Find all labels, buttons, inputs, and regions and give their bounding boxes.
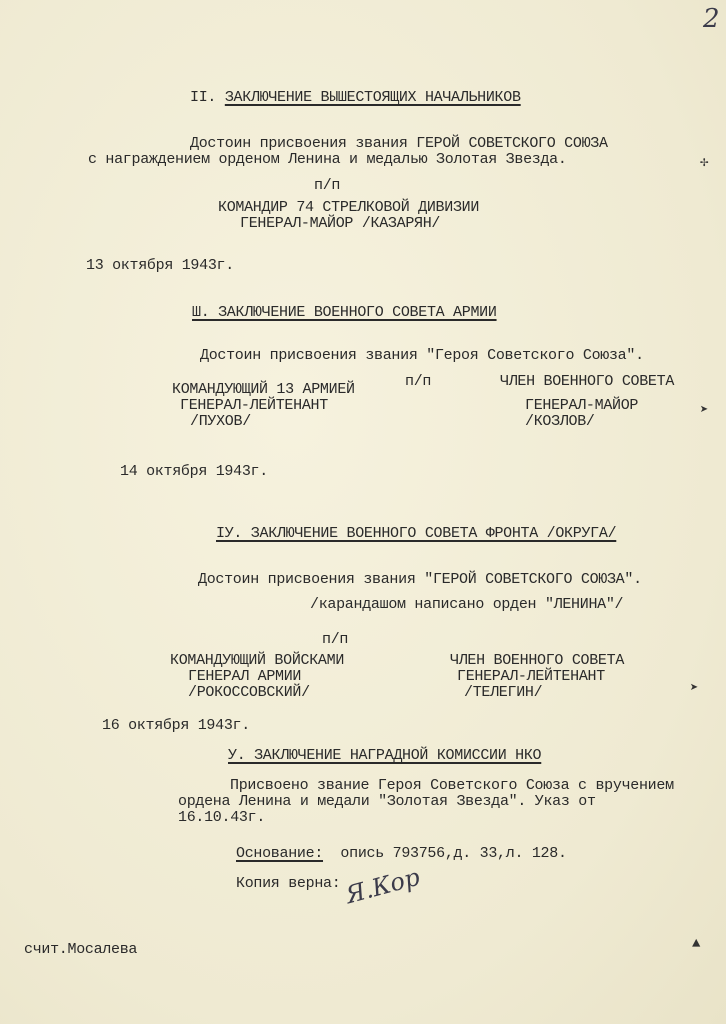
margin-mark-icon: ➤ <box>690 680 698 697</box>
section-2-date: 13 октября 1943г. <box>86 258 234 274</box>
section-4-left-name: /РОКОССОВСКИЙ/ <box>188 685 310 701</box>
section-2-pp: п/п <box>314 178 340 194</box>
signature: Я.Кор <box>343 863 423 910</box>
section-3-text: Достоин присвоения звания "Героя Советск… <box>200 348 644 364</box>
section-3-date: 14 октября 1943г. <box>120 464 268 480</box>
section-3-right-name: /КОЗЛОВ/ <box>525 414 595 430</box>
page-number: 2 <box>703 4 720 34</box>
section-2-text-line1: Достоин присвоения звания ГЕРОЙ СОВЕТСКО… <box>190 136 608 152</box>
section-2-heading: II. ЗАКЛЮЧЕНИЕ ВЫШЕСТОЯЩИХ НАЧАЛЬНИКОВ <box>190 90 521 106</box>
copy-verified-label: Копия верна: <box>236 876 340 892</box>
section-4-right-title: ЧЛЕН ВОЕННОГО СОВЕТА <box>450 653 624 669</box>
section-4-text-line1: Достоин присвоения звания "ГЕРОЙ СОВЕТСК… <box>198 572 642 588</box>
basis-line: Основание: опись 793756,д. 33,л. 128. <box>236 846 567 862</box>
section-3-pp: п/п <box>405 374 431 390</box>
section-3-right-rank: ГЕНЕРАЛ-МАЙОР <box>525 398 638 414</box>
section-3-left-rank: ГЕНЕРАЛ-ЛЕЙТЕНАНТ <box>180 398 328 414</box>
section-4-date: 16 октября 1943г. <box>102 718 250 734</box>
section-4-right-name: /ТЕЛЕГИН/ <box>464 685 542 701</box>
section-2-text-line2: с награждением орденом Ленина и медалью … <box>88 152 567 168</box>
basis-label: Основание: <box>236 845 323 862</box>
document-page: 2 II. ЗАКЛЮЧЕНИЕ ВЫШЕСТОЯЩИХ НАЧАЛЬНИКОВ… <box>0 0 726 1024</box>
section-4-pp: п/п <box>322 632 348 648</box>
section-3-heading: Ш. ЗАКЛЮЧЕНИЕ ВОЕННОГО СОВЕТА АРМИИ <box>192 305 497 321</box>
section-3-right-title: ЧЛЕН ВОЕННОГО СОВЕТА <box>500 374 674 390</box>
section-4-left-title: КОМАНДУЮЩИЙ ВОЙСКАМИ <box>170 653 344 669</box>
margin-mark-icon: ➤ <box>700 402 708 419</box>
section-4-left-rank: ГЕНЕРАЛ АРМИИ <box>188 669 301 685</box>
section-5-text-line2: ордена Ленина и медали "Золотая Звезда".… <box>178 794 596 810</box>
section-5-text-line1: Присвоено звание Героя Советского Союза … <box>230 778 674 794</box>
section-4-text-line2: /карандашом написано орден "ЛЕНИНА"/ <box>310 597 623 613</box>
section-3-left-title: КОМАНДУЮЩИЙ 13 АРМИЕЙ <box>172 382 355 398</box>
section-2-signer-name: ГЕНЕРАЛ-МАЙОР /КАЗАРЯН/ <box>240 216 440 232</box>
basis-value: опись 793756,д. 33,л. 128. <box>340 845 566 862</box>
section-5-heading: У. ЗАКЛЮЧЕНИЕ НАГРАДНОЙ КОМИССИИ НКО <box>228 748 541 764</box>
section-2-signer-title: КОМАНДИР 74 СТРЕЛКОВОЙ ДИВИЗИИ <box>218 200 479 216</box>
section-3-left-name: /ПУХОВ/ <box>190 414 251 430</box>
margin-mark-icon: ▲ <box>692 936 700 952</box>
section-5-text-line3: 16.10.43г. <box>178 810 265 826</box>
margin-mark-icon: ✢ <box>700 154 708 171</box>
proofreader-note: счит.Мосалева <box>24 942 137 958</box>
section-4-heading: IУ. ЗАКЛЮЧЕНИЕ ВОЕННОГО СОВЕТА ФРОНТА /О… <box>216 526 616 542</box>
section-4-right-rank: ГЕНЕРАЛ-ЛЕЙТЕНАНТ <box>457 669 605 685</box>
